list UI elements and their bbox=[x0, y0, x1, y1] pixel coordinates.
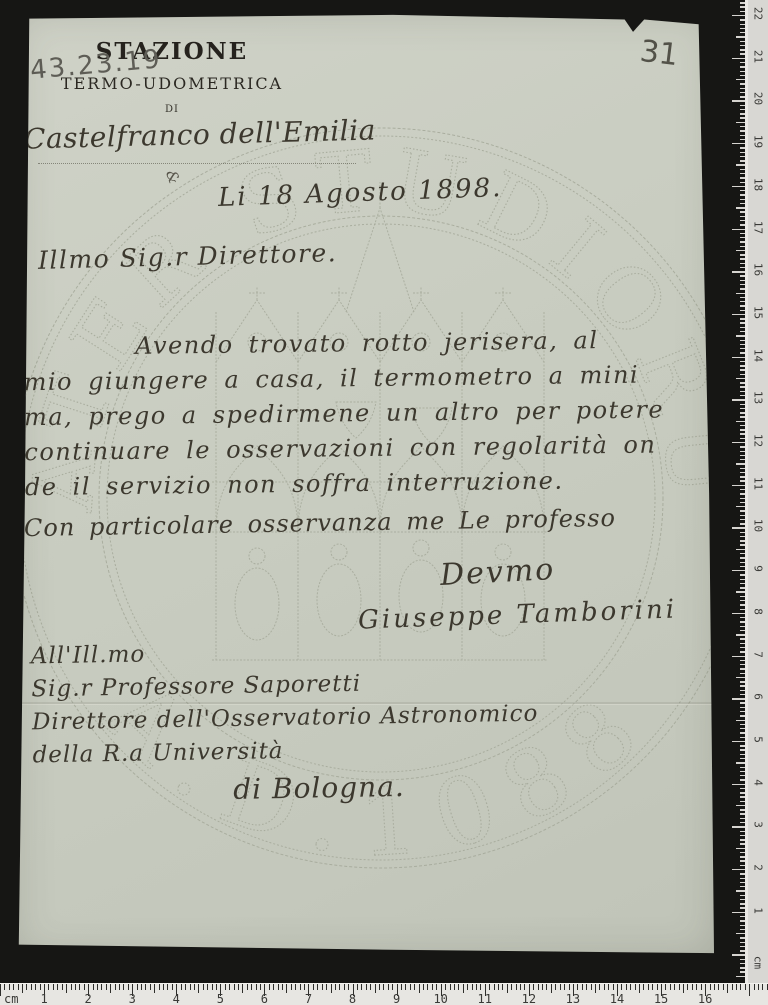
ruler-tick bbox=[150, 984, 151, 990]
ruler-tick bbox=[436, 984, 437, 990]
ruler-number: 12 bbox=[752, 431, 765, 451]
ruler-number: 15 bbox=[654, 992, 668, 1005]
ruler-tick bbox=[344, 984, 345, 990]
ruler-number: 7 bbox=[752, 644, 765, 664]
ruler-tick bbox=[167, 984, 168, 990]
ruler-tick bbox=[604, 984, 605, 990]
letter-paper: MATER STUDIORUM A.D.1088 bbox=[16, 12, 714, 956]
ruler-number: 6 bbox=[261, 992, 268, 1005]
ruler-number: 21 bbox=[752, 46, 765, 66]
ruler-tick bbox=[375, 984, 376, 993]
ruler-tick bbox=[736, 122, 745, 123]
ruler-number: 12 bbox=[522, 992, 536, 1005]
ruler-tick bbox=[198, 984, 199, 993]
ruler-tick bbox=[145, 984, 146, 990]
ruler-tick bbox=[648, 984, 649, 990]
ruler-tick bbox=[273, 984, 274, 990]
date-line: Li 18 Agosto 1898. bbox=[218, 173, 503, 213]
ruler-tick bbox=[450, 984, 451, 990]
ruler-tick bbox=[0, 984, 1, 996]
ruler-number: 11 bbox=[752, 473, 765, 493]
ruler-tick bbox=[754, 984, 755, 990]
ruler-tick bbox=[736, 762, 745, 763]
ruler-tick bbox=[591, 984, 592, 990]
ruler-tick bbox=[732, 954, 745, 955]
ruler-tick bbox=[128, 984, 129, 990]
ruler-tick bbox=[137, 984, 138, 990]
page-number-annotation: 31 bbox=[638, 34, 680, 73]
ruler-tick bbox=[467, 984, 468, 990]
ruler-number: 22 bbox=[752, 4, 765, 24]
ruler-tick bbox=[732, 656, 745, 657]
ruler-tick bbox=[538, 984, 539, 990]
ruler-tick bbox=[260, 984, 261, 990]
ruler-tick bbox=[546, 984, 547, 990]
ruler-tick bbox=[119, 984, 120, 990]
ruler-tick bbox=[586, 984, 587, 990]
ruler-number: 9 bbox=[752, 559, 765, 579]
ruler-tick bbox=[639, 984, 640, 993]
horizontal-ruler-unit-label: cm bbox=[4, 992, 18, 1005]
ruler-tick bbox=[732, 912, 745, 913]
ruler-tick bbox=[53, 984, 54, 990]
ruler-tick bbox=[427, 984, 428, 990]
ruler-tick bbox=[234, 984, 235, 990]
ruler-tick bbox=[732, 357, 745, 358]
ruler-number: 4 bbox=[173, 992, 180, 1005]
ruler-tick bbox=[71, 984, 72, 990]
ruler-tick bbox=[326, 984, 327, 990]
station-location: Castelfranco dell'Emilia bbox=[24, 113, 377, 155]
ruler-tick bbox=[480, 984, 481, 990]
ruler-number: 14 bbox=[610, 992, 624, 1005]
ruler-tick bbox=[643, 984, 644, 990]
ruler-tick bbox=[732, 399, 745, 400]
ruler-number: 3 bbox=[752, 815, 765, 835]
ruler-tick bbox=[472, 984, 473, 990]
ruler-tick bbox=[141, 984, 142, 990]
ruler-tick bbox=[732, 613, 745, 614]
ruler-tick bbox=[635, 984, 636, 990]
ruler-tick bbox=[749, 984, 750, 996]
ruler-tick bbox=[745, 984, 746, 990]
ruler-number: 17 bbox=[752, 217, 765, 237]
ruler-tick bbox=[736, 984, 737, 990]
address-line: di Bologna. bbox=[233, 768, 540, 806]
ruler-tick bbox=[300, 984, 301, 990]
letterhead-di: DI bbox=[50, 104, 294, 115]
ruler-number: 16 bbox=[752, 260, 765, 280]
ruler-tick bbox=[736, 720, 745, 721]
ruler-tick bbox=[331, 984, 332, 993]
ruler-tick bbox=[238, 984, 239, 990]
ruler-tick bbox=[463, 984, 464, 993]
ruler-tick bbox=[762, 984, 763, 990]
ruler-tick bbox=[732, 271, 745, 272]
ruler-tick bbox=[242, 984, 243, 993]
ruler-tick bbox=[723, 984, 724, 990]
ruler-tick bbox=[405, 984, 406, 990]
ruler-tick bbox=[163, 984, 164, 990]
ruler-tick bbox=[736, 933, 745, 934]
ruler-tick bbox=[736, 250, 745, 251]
ruler-tick bbox=[516, 984, 517, 990]
ruler-tick bbox=[18, 984, 19, 990]
ruler-tick bbox=[106, 984, 107, 990]
ruler-tick bbox=[679, 984, 680, 990]
ruler-number: 4 bbox=[752, 772, 765, 792]
ruler-tick bbox=[454, 984, 455, 990]
ruler-number: 6 bbox=[752, 687, 765, 707]
ruler-tick bbox=[736, 677, 745, 678]
ruler-tick bbox=[172, 984, 173, 990]
ruler-tick bbox=[339, 984, 340, 990]
ruler-tick bbox=[383, 984, 384, 990]
ruler-number: 20 bbox=[752, 89, 765, 109]
valediction: Devmo bbox=[439, 552, 556, 593]
paraph-flourish: & bbox=[162, 168, 183, 187]
ruler-tick bbox=[225, 984, 226, 990]
ruler-tick bbox=[520, 984, 521, 990]
ruler-tick bbox=[736, 805, 745, 806]
ruler-tick bbox=[498, 984, 499, 990]
ruler-tick bbox=[736, 506, 745, 507]
ruler-tick bbox=[732, 58, 745, 59]
ruler-tick bbox=[357, 984, 358, 990]
ruler-number: 13 bbox=[566, 992, 580, 1005]
ruler-tick bbox=[542, 984, 543, 990]
ruler-tick bbox=[295, 984, 296, 990]
ruler-tick bbox=[736, 976, 745, 977]
signature: Giuseppe Tamborini bbox=[358, 594, 678, 635]
ruler-tick bbox=[683, 984, 684, 993]
ruler-tick bbox=[291, 984, 292, 990]
ruler-tick bbox=[736, 549, 745, 550]
paper-fold-crease bbox=[16, 702, 714, 704]
ruler-tick bbox=[736, 634, 745, 635]
ruler-tick bbox=[582, 984, 583, 990]
ruler-tick bbox=[533, 984, 534, 990]
ruler-tick bbox=[732, 741, 745, 742]
ruler-tick bbox=[736, 890, 745, 891]
ruler-tick bbox=[159, 984, 160, 990]
ruler-tick bbox=[736, 378, 745, 379]
ruler-tick bbox=[599, 984, 600, 990]
ruler-tick bbox=[551, 984, 552, 993]
ruler-number: 9 bbox=[393, 992, 400, 1005]
ruler-tick bbox=[366, 984, 367, 990]
ruler-number: 1 bbox=[752, 900, 765, 920]
ruler-tick bbox=[361, 984, 362, 990]
ruler-tick bbox=[560, 984, 561, 990]
vertical-ruler-unit-label: cm bbox=[752, 953, 765, 973]
ruler-tick bbox=[732, 869, 745, 870]
ruler-tick bbox=[110, 984, 111, 993]
ruler-number: 8 bbox=[349, 992, 356, 1005]
ruler-tick bbox=[432, 984, 433, 990]
ruler-tick bbox=[494, 984, 495, 990]
ruler-tick bbox=[608, 984, 609, 990]
ruler-tick bbox=[286, 984, 287, 993]
ruler-tick bbox=[670, 984, 671, 990]
ruler-tick bbox=[458, 984, 459, 990]
ruler-tick bbox=[4, 984, 5, 990]
ruler-tick bbox=[657, 984, 658, 990]
ruler-number: 18 bbox=[752, 174, 765, 194]
ruler-tick bbox=[652, 984, 653, 990]
ruler-tick bbox=[626, 984, 627, 990]
ruler-number: 11 bbox=[478, 992, 492, 1005]
ruler-tick bbox=[75, 984, 76, 990]
salutation: Illmo Sig.r Direttore. bbox=[38, 238, 338, 275]
ruler-tick bbox=[577, 984, 578, 990]
ruler-number: 1 bbox=[40, 992, 47, 1005]
ruler-number: 7 bbox=[305, 992, 312, 1005]
ruler-tick bbox=[736, 421, 745, 422]
ruler-tick bbox=[732, 229, 745, 230]
ruler-tick bbox=[93, 984, 94, 990]
ruler-number: 19 bbox=[752, 132, 765, 152]
ruler-number: 10 bbox=[752, 516, 765, 536]
ruler-tick bbox=[710, 984, 711, 990]
ruler-number: 13 bbox=[752, 388, 765, 408]
ruler-tick bbox=[423, 984, 424, 990]
ruler-tick bbox=[9, 984, 10, 990]
ruler-tick bbox=[736, 164, 745, 165]
ruler-tick bbox=[613, 984, 614, 990]
ruler-tick bbox=[736, 463, 745, 464]
ruler-tick bbox=[115, 984, 116, 990]
ruler-tick bbox=[692, 984, 693, 990]
ruler-tick bbox=[392, 984, 393, 990]
vertical-ruler-ticks bbox=[726, 0, 745, 984]
ruler-tick bbox=[732, 826, 745, 827]
ruler-tick bbox=[185, 984, 186, 990]
ruler-tick bbox=[251, 984, 252, 990]
ruler-tick bbox=[101, 984, 102, 990]
ruler-tick bbox=[335, 984, 336, 990]
ruler-tick bbox=[727, 984, 728, 993]
ruler-number: 10 bbox=[433, 992, 447, 1005]
ruler-tick bbox=[555, 984, 556, 990]
ruler-tick bbox=[740, 984, 741, 990]
ruler-tick bbox=[621, 984, 622, 990]
ruler-tick bbox=[317, 984, 318, 990]
ruler-number: 5 bbox=[217, 992, 224, 1005]
ruler-tick bbox=[212, 984, 213, 990]
ruler-tick bbox=[181, 984, 182, 990]
ruler-tick bbox=[736, 293, 745, 294]
ruler-tick bbox=[370, 984, 371, 990]
ruler-tick bbox=[401, 984, 402, 990]
ruler-tick bbox=[97, 984, 98, 990]
ruler-tick bbox=[62, 984, 63, 990]
ruler-tick bbox=[732, 143, 745, 144]
ruler-tick bbox=[736, 848, 745, 849]
ruler-tick bbox=[687, 984, 688, 990]
ruler-number: 2 bbox=[752, 858, 765, 878]
address-block: All'Ill.moSig.r Professore SaporettiDire… bbox=[31, 632, 540, 810]
ruler-number: 8 bbox=[752, 601, 765, 621]
ruler-tick bbox=[696, 984, 697, 990]
ruler-tick bbox=[564, 984, 565, 990]
ruler-tick bbox=[48, 984, 49, 990]
ruler-tick bbox=[736, 335, 745, 336]
ruler-tick bbox=[348, 984, 349, 990]
ruler-tick bbox=[732, 527, 745, 528]
ruler-tick bbox=[194, 984, 195, 990]
ruler-tick bbox=[414, 984, 415, 990]
photographed-letter-scene: MATER STUDIORUM A.D.1088 bbox=[0, 0, 768, 1005]
ruler-tick bbox=[732, 100, 745, 101]
letterhead-dotted-rule bbox=[38, 163, 356, 164]
ruler-tick bbox=[476, 984, 477, 990]
ruler-tick bbox=[13, 984, 14, 990]
ruler-tick bbox=[22, 984, 23, 993]
ruler-tick bbox=[84, 984, 85, 990]
ruler-number: 2 bbox=[85, 992, 92, 1005]
ruler-tick bbox=[732, 186, 745, 187]
ruler-tick bbox=[40, 984, 41, 990]
ruler-tick bbox=[31, 984, 32, 990]
ruler-tick bbox=[665, 984, 666, 990]
ruler-number: 15 bbox=[752, 302, 765, 322]
ruler-tick bbox=[736, 207, 745, 208]
ruler-tick bbox=[269, 984, 270, 990]
ruler-tick bbox=[569, 984, 570, 990]
ruler-tick bbox=[511, 984, 512, 990]
ruler-tick bbox=[207, 984, 208, 990]
ruler-tick bbox=[35, 984, 36, 990]
ruler-tick bbox=[388, 984, 389, 990]
ruler-tick bbox=[379, 984, 380, 990]
ruler-tick bbox=[714, 984, 715, 990]
ruler-tick bbox=[732, 698, 745, 699]
ruler-tick bbox=[732, 570, 745, 571]
ruler-tick bbox=[154, 984, 155, 993]
ruler-tick bbox=[736, 36, 745, 37]
ruler-tick bbox=[630, 984, 631, 990]
ruler-tick bbox=[732, 15, 745, 16]
ruler-tick bbox=[732, 442, 745, 443]
ruler-tick bbox=[256, 984, 257, 990]
ruler-tick bbox=[190, 984, 191, 990]
ruler-tick bbox=[304, 984, 305, 990]
ruler-tick bbox=[313, 984, 314, 990]
ruler-tick bbox=[203, 984, 204, 990]
ruler-tick bbox=[732, 784, 745, 785]
ruler-tick bbox=[758, 984, 759, 990]
ruler-tick bbox=[229, 984, 230, 990]
horizontal-ruler: cm 12345678910111213141516 bbox=[0, 983, 768, 1005]
ruler-tick bbox=[595, 984, 596, 993]
ruler-tick bbox=[445, 984, 446, 990]
body-line: de il servizio non soffra interruzione. bbox=[25, 462, 714, 505]
ruler-number: 16 bbox=[698, 992, 712, 1005]
ruler-tick bbox=[26, 984, 27, 990]
ruler-tick bbox=[502, 984, 503, 990]
ruler-tick bbox=[216, 984, 217, 990]
vertical-ruler: cm 22212019181716151413121110987654321 bbox=[748, 0, 768, 984]
ruler-tick bbox=[79, 984, 80, 990]
ruler-tick bbox=[282, 984, 283, 990]
ruler-tick bbox=[736, 79, 745, 80]
ruler-tick bbox=[732, 314, 745, 315]
ruler-tick bbox=[736, 591, 745, 592]
ruler-tick bbox=[732, 984, 733, 990]
ruler-number: 14 bbox=[752, 345, 765, 365]
ruler-tick bbox=[718, 984, 719, 990]
letter-body: Avendo trovato rotto jerisera, almio giu… bbox=[23, 322, 714, 505]
ruler-tick bbox=[507, 984, 508, 993]
ruler-tick bbox=[123, 984, 124, 990]
ruler-tick bbox=[57, 984, 58, 990]
ruler-number: 5 bbox=[752, 729, 765, 749]
ruler-tick bbox=[410, 984, 411, 990]
closing-line: Con particolare osservanza me Le profess… bbox=[24, 504, 616, 542]
ruler-tick bbox=[732, 485, 745, 486]
ruler-tick bbox=[524, 984, 525, 990]
ruler-tick bbox=[322, 984, 323, 990]
ruler-number: 3 bbox=[129, 992, 136, 1005]
ruler-tick bbox=[489, 984, 490, 990]
ruler-tick bbox=[674, 984, 675, 990]
ruler-tick bbox=[701, 984, 702, 990]
ruler-tick bbox=[66, 984, 67, 993]
ruler-tick bbox=[278, 984, 279, 990]
ruler-tick bbox=[247, 984, 248, 990]
ruler-tick bbox=[419, 984, 420, 993]
